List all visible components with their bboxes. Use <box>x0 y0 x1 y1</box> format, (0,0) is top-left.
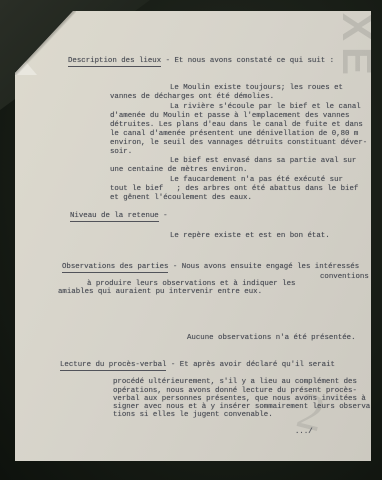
heading-tail: - Et nous avons constaté ce qui suit : <box>161 57 334 65</box>
doc-line-inserted-word: conventions <box>320 273 369 282</box>
section-heading-niveau: Niveau de la retenue - <box>70 212 168 221</box>
heading-tail: - Et après avoir déclaré qu'il serait <box>166 361 335 369</box>
doc-line: procédé ultérieurement, s'il y a lieu au… <box>113 378 357 387</box>
heading-text: Observations des parties <box>62 263 168 273</box>
heading-tail: - Nous avons ensuite engagé les intéress… <box>168 263 359 271</box>
doc-line: d'amenée du Moulin et passe à l'emplacem… <box>110 112 350 121</box>
heading-text: Lecture du procès-verbal <box>60 361 166 371</box>
doc-line: détruites. Les plans d'eau dans le canal… <box>110 121 363 130</box>
doc-line: La rivière s'écoule par le bief et le ca… <box>170 103 361 112</box>
doc-line: Le bief est envasé dans sa partie aval s… <box>170 157 356 166</box>
section-heading-observations: Observations des parties - Nous avons en… <box>62 263 359 272</box>
heading-text: Niveau de la retenue <box>70 212 159 222</box>
doc-line: soir. <box>110 148 132 157</box>
section-heading-lecture: Lecture du procès-verbal - Et après avoi… <box>60 361 335 370</box>
doc-line: une centaine de mètres environ. <box>110 166 248 175</box>
doc-line: Le faucardement n'a pas été exécuté sur <box>170 176 343 185</box>
continuation-mark: .../ <box>295 428 313 437</box>
doc-line: et gênent l'écoulement des eaux. <box>110 194 252 203</box>
scanned-document-photo: XE 2 Description des lieux - Et nous avo… <box>0 0 382 480</box>
doc-line: vannes de décharges ont été démolies. <box>110 93 274 102</box>
heading-tail: - <box>159 212 168 220</box>
doc-line: tions si elles le jugent convenable. <box>113 411 273 420</box>
doc-line: Le Moulin existe toujours; les roues et <box>170 84 343 93</box>
doc-line: le canal d'amenée présentent une dénivel… <box>110 130 358 139</box>
heading-text: Description des lieux <box>68 57 161 67</box>
typewritten-page: XE 2 Description des lieux - Et nous avo… <box>15 11 371 461</box>
doc-line: tout le bief ; des arbres ont été abattu… <box>110 185 358 194</box>
doc-line: environ, le seuil des vannages détruits … <box>110 139 367 148</box>
doc-line: Le repère existe et est en bon état. <box>170 232 330 241</box>
doc-line: Aucune observations n'a été présentée. <box>187 334 356 343</box>
doc-line: amiables qui auraient pu intervenir entr… <box>58 288 262 297</box>
section-heading-description: Description des lieux - Et nous avons co… <box>68 57 334 66</box>
